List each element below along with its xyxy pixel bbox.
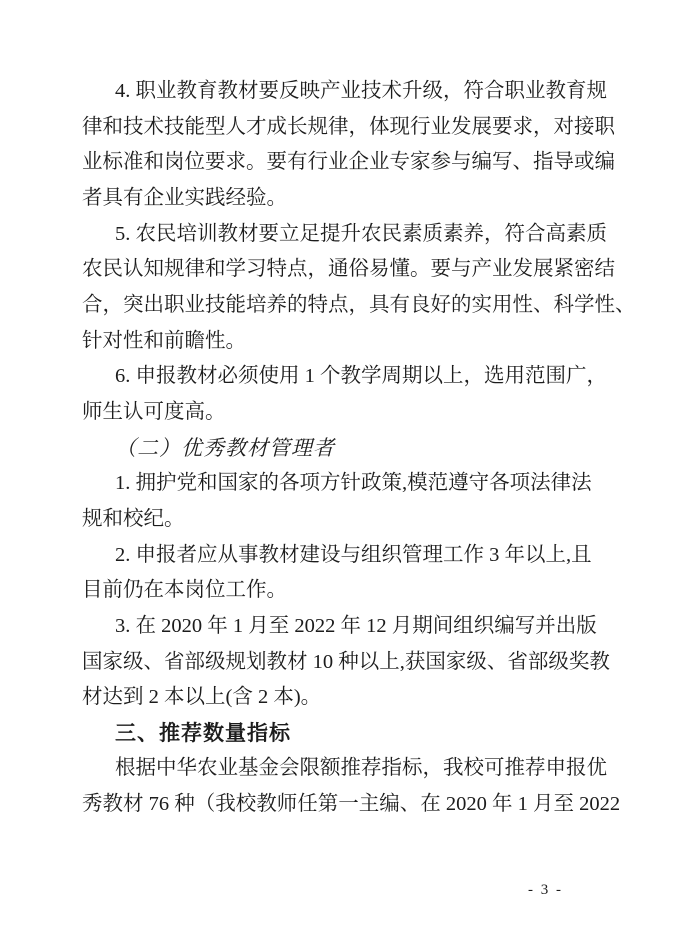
text-line: 国家级、省部级规划教材 10 种以上,获国家级、省部级奖教: [82, 645, 585, 681]
text-line: 3. 在 2020 年 1 月至 2022 年 12 月期间组织编写并出版: [82, 609, 585, 645]
text-line: 规和校纪。: [82, 502, 585, 538]
text-line: 6. 申报教材必须使用 1 个教学周期以上，选用范围广，: [82, 359, 585, 395]
text-line: 针对性和前瞻性。: [82, 324, 585, 360]
document-lines: 4. 职业教育教材要反映产业技术升级，符合职业教育规律和技术技能型人才成长规律，…: [82, 74, 585, 823]
text-line: （二）优秀教材管理者: [82, 431, 585, 467]
text-line: 合，突出职业技能培养的特点，具有良好的实用性、科学性、: [82, 288, 585, 324]
text-line: 师生认可度高。: [82, 395, 585, 431]
text-line: 目前仍在本岗位工作。: [82, 573, 585, 609]
text-line: 三、推荐数量指标: [82, 716, 585, 752]
text-line: 2. 申报者应从事教材建设与组织管理工作 3 年以上,且: [82, 538, 585, 574]
text-line: 材达到 2 本以上(含 2 本)。: [82, 680, 585, 716]
text-line: 5. 农民培训教材要立足提升农民素质素养，符合高素质: [82, 217, 585, 253]
text-line: 1. 拥护党和国家的各项方针政策,模范遵守各项法律法: [82, 466, 585, 502]
text-line: 律和技术技能型人才成长规律，体现行业发展要求，对接职: [82, 110, 585, 146]
text-line: 者具有企业实践经验。: [82, 181, 585, 217]
text-line: 秀教材 76 种（我校教师任第一主编、在 2020 年 1 月至 2022: [82, 787, 585, 823]
text-line: 农民认知规律和学习特点，通俗易懂。要与产业发展紧密结: [82, 252, 585, 288]
page-number: - 3 -: [528, 882, 588, 899]
text-line: 业标准和岗位要求。要有行业企业专家参与编写、指导或编: [82, 145, 585, 181]
text-line: 4. 职业教育教材要反映产业技术升级，符合职业教育规: [82, 74, 585, 110]
document-page: 4. 职业教育教材要反映产业技术升级，符合职业教育规律和技术技能型人才成长规律，…: [0, 0, 675, 933]
text-line: 根据中华农业基金会限额推荐指标，我校可推荐申报优: [82, 751, 585, 787]
